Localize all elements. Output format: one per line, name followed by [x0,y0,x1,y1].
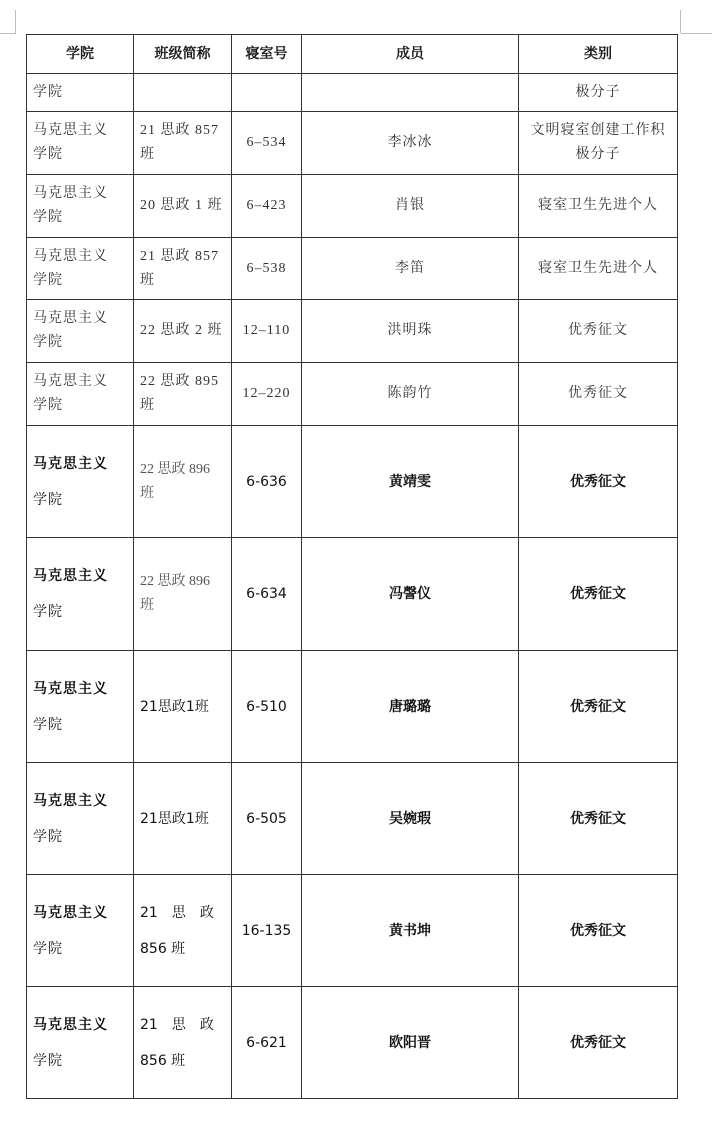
college-line2: 学院 [33,594,127,630]
cell-category: 优秀征文 [519,300,678,363]
class-line1: 22 思政 896 [140,458,225,482]
cell-category: 优秀征文 [519,426,678,538]
cell-class: 21思政1班 [134,763,232,875]
table-row: 马克思主义学院 22 思政 895班 12–220 陈韵竹 优秀征文 [27,363,678,426]
college-line1: 马克思主义 [33,446,127,482]
college-line1: 马克思主义 [33,182,127,206]
college-line1: 马克思主义 [33,119,127,143]
cell-class: 22 思政 895班 [134,363,232,426]
college-line1: 马克思主义 [33,895,127,931]
class-line2: 班 [140,143,225,167]
college-line1: 马克思主义 [33,307,127,331]
class-line2: 班 [140,394,225,418]
cell-category: 优秀征文 [519,987,678,1099]
college-line2: 学院 [33,331,127,355]
cell-class: 21 思政 857班 [134,112,232,175]
cell-category: 文明寝室创建工作积极分子 [519,112,678,175]
table-row: 马克思主义学院 21 思政 857班 6–534 李冰冰 文明寝室创建工作积极分… [27,112,678,175]
cell-category: 优秀征文 [519,763,678,875]
cell-room: 6-636 [232,426,302,538]
cell-category: 极分子 [519,74,678,112]
table-row: 马克思主义学院 20 思政 1 班 6–423 肖银 寝室卫生先进个人 [27,175,678,238]
cell-category: 优秀征文 [519,363,678,426]
cell-college: 马克思主义学院 [27,538,134,651]
table-row: 马克思主义学院 22 思政 896班 6-634 冯謦仪 优秀征文 [27,538,678,651]
cell-room: 12–110 [232,300,302,363]
cell-room: 6–534 [232,112,302,175]
college-line2: 学院 [33,931,127,967]
college-line2: 学院 [33,206,127,230]
cell-college: 马克思主义学院 [27,238,134,300]
class-line2: 班 [140,482,225,506]
category-line1: 文明寝室创建工作积 [525,119,671,143]
cell-room: 6–423 [232,175,302,238]
cell-college: 马克思主义学院 [27,426,134,538]
cell-class [134,74,232,112]
cell-class: 21思政1班 [134,651,232,763]
cell-class: 22 思政 2 班 [134,300,232,363]
cell-room [232,74,302,112]
cell-member: 肖银 [302,175,519,238]
class-line2: 856 班 [140,1043,225,1079]
cell-college: 马克思主义学院 [27,763,134,875]
cell-room: 12–220 [232,363,302,426]
cell-room: 6-634 [232,538,302,651]
cell-category: 优秀征文 [519,651,678,763]
cell-college: 马克思主义学院 [27,875,134,987]
class-line1: 21 思 政 [140,1007,225,1043]
class-line1: 22 思政 895 [140,370,225,394]
cell-class: 22 思政 896班 [134,426,232,538]
cell-college: 马克思主义学院 [27,112,134,175]
cell-college: 马克思主义学院 [27,363,134,426]
cell-class: 21 思政 857班 [134,238,232,300]
college-line2: 学院 [33,819,127,855]
college-line2: 学院 [33,394,127,418]
college-line1: 马克思主义 [33,245,127,269]
college-line1: 马克思主义 [33,783,127,819]
header-row: 学院 班级简称 寝室号 成员 类别 [27,35,678,74]
cell-class: 21 思 政856 班 [134,987,232,1099]
college-line2: 学院 [33,143,127,167]
class-line1: 22 思政 896 [140,570,225,594]
cell-member: 唐璐璐 [302,651,519,763]
table-row: 马克思主义学院 21思政1班 6-505 吴婉瑕 优秀征文 [27,763,678,875]
header-college: 学院 [27,35,134,74]
table-row-continued: 学院 极分子 [27,74,678,112]
cell-room: 6-505 [232,763,302,875]
cell-category: 优秀征文 [519,875,678,987]
cell-room: 6-510 [232,651,302,763]
cell-member: 黄靖雯 [302,426,519,538]
college-line1: 马克思主义 [33,558,127,594]
cell-member: 陈韵竹 [302,363,519,426]
cell-member: 吴婉瑕 [302,763,519,875]
cell-college: 学院 [27,74,134,112]
class-line2: 班 [140,269,225,293]
table-row: 马克思主义学院 21 思 政856 班 6-621 欧阳晋 优秀征文 [27,987,678,1099]
cell-class: 22 思政 896班 [134,538,232,651]
college-line1: 马克思主义 [33,370,127,394]
page-corner-mark-right-h [681,33,712,34]
table-row: 马克思主义学院 22 思政 896班 6-636 黄靖雯 优秀征文 [27,426,678,538]
header-room: 寝室号 [232,35,302,74]
cell-college: 马克思主义学院 [27,300,134,363]
cell-category: 寝室卫生先进个人 [519,175,678,238]
cell-member [302,74,519,112]
page-corner-mark-left-v [15,10,16,33]
class-line2: 856 班 [140,931,225,967]
cell-category: 优秀征文 [519,538,678,651]
cell-college: 马克思主义学院 [27,987,134,1099]
college-line2: 学院 [33,269,127,293]
table-row: 马克思主义学院 21 思政 857班 6–538 李笛 寝室卫生先进个人 [27,238,678,300]
cell-member: 洪明珠 [302,300,519,363]
class-line1: 21 思政 857 [140,245,225,269]
cell-college: 马克思主义学院 [27,651,134,763]
college-line1: 马克思主义 [33,1007,127,1043]
cell-member: 黄书坤 [302,875,519,987]
table-row: 马克思主义学院 22 思政 2 班 12–110 洪明珠 优秀征文 [27,300,678,363]
college-line2: 学院 [33,482,127,518]
cell-class: 20 思政 1 班 [134,175,232,238]
header-category: 类别 [519,35,678,74]
cell-member: 李冰冰 [302,112,519,175]
class-line1: 21 思 政 [140,895,225,931]
table-row: 马克思主义学院 21 思 政856 班 16-135 黄书坤 优秀征文 [27,875,678,987]
cell-college: 马克思主义学院 [27,175,134,238]
cell-member: 李笛 [302,238,519,300]
college-line2: 学院 [33,707,127,743]
table-row: 马克思主义学院 21思政1班 6-510 唐璐璐 优秀征文 [27,651,678,763]
category-line2: 极分子 [525,143,671,167]
cell-room: 16-135 [232,875,302,987]
class-line1: 21 思政 857 [140,119,225,143]
cell-member: 欧阳晋 [302,987,519,1099]
header-member: 成员 [302,35,519,74]
cell-room: 6–538 [232,238,302,300]
award-table: 学院 班级简称 寝室号 成员 类别 学院 极分子 马克思主义学院 21 思政 8… [26,34,678,1099]
page-corner-mark-left-h [0,33,16,34]
page-corner-mark-right-v [680,10,681,33]
college-line2: 学院 [33,1043,127,1079]
college-line1: 马克思主义 [33,671,127,707]
header-class: 班级简称 [134,35,232,74]
cell-class: 21 思 政856 班 [134,875,232,987]
cell-category: 寝室卫生先进个人 [519,238,678,300]
class-line2: 班 [140,594,225,618]
cell-member: 冯謦仪 [302,538,519,651]
cell-room: 6-621 [232,987,302,1099]
